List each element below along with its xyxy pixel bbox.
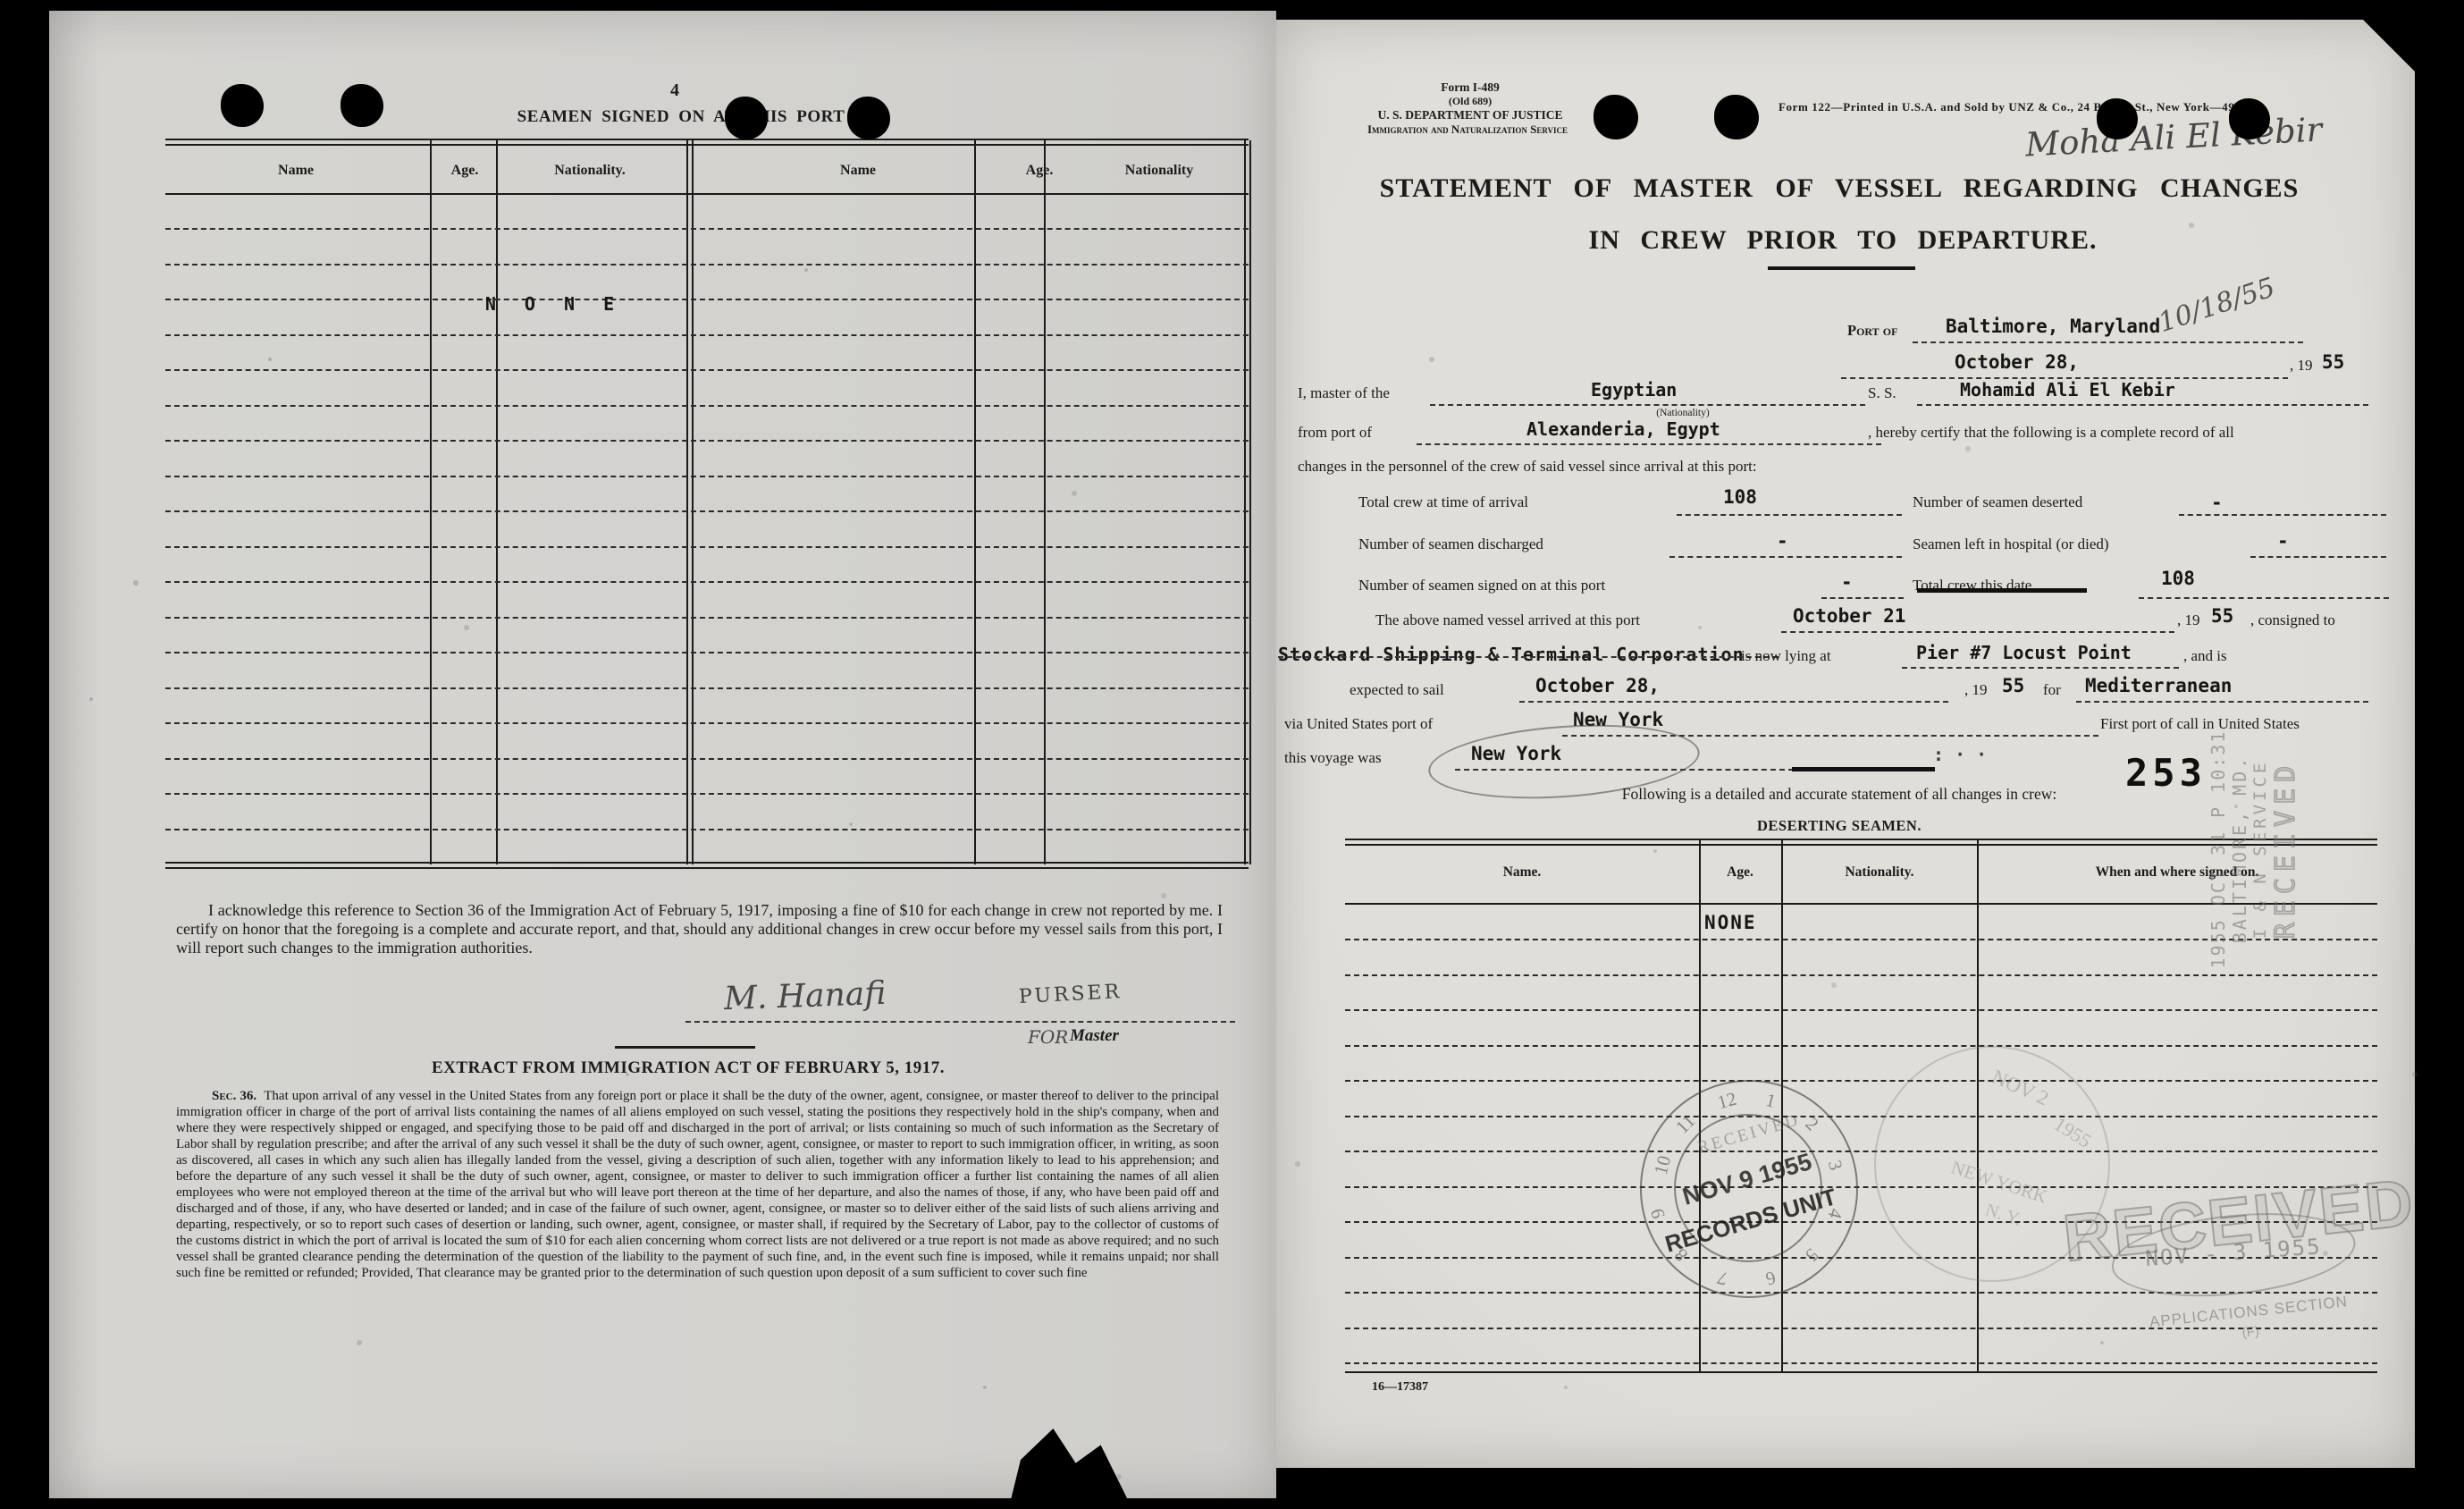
section-divider-rule <box>1792 767 1935 771</box>
stamp-received-word: RECEIVED <box>2270 697 2301 1001</box>
handwritten-date: 10/18/55 <box>2155 272 2279 339</box>
signer-title-handwriting: PURSER <box>1018 981 1122 1008</box>
stat-value: - <box>2277 530 2289 552</box>
department-name: U. S. DEPARTMENT OF JUSTICE <box>1377 108 1562 122</box>
nationality-typed: Egyptian <box>1591 379 1677 400</box>
lying-at-printed: is now lying at <box>1741 647 1831 665</box>
page-number: 4 <box>670 80 679 101</box>
column-header-nationality: Nationality. <box>1845 864 1913 881</box>
master-line-printed: I, master of the <box>1298 384 1390 402</box>
stat-fill-line <box>1677 514 1902 516</box>
from-port-typed: Alexanderia, Egypt <box>1526 418 1720 440</box>
table-top-rule <box>165 139 1249 146</box>
table-bottom-rule <box>165 862 1249 869</box>
table-bottom-rule <box>1345 1371 2377 1373</box>
stat-fill-line <box>1669 556 1902 558</box>
from-port-fill-line <box>1417 443 1881 445</box>
scanned-document: { "left_page": { "page_number": "4", "ti… <box>0 0 2464 1509</box>
table-header-rule <box>165 193 1249 195</box>
punch-hole <box>725 97 768 139</box>
port-fill-line <box>1913 341 2303 343</box>
stat-fill-line <box>2139 597 2389 599</box>
stat-label: Number of seamen discharged <box>1358 535 1543 553</box>
destination-typed: Mediterranean <box>2085 675 2232 696</box>
punch-hole <box>1714 95 1759 139</box>
sail-printed: expected to sail <box>1350 681 1444 699</box>
for-handwriting: FOR <box>1028 1026 1068 1048</box>
stamp-date-line: 1955 OCT 31 P 10:31 <box>2208 697 2229 1001</box>
column-header-nationality: Nationality. <box>554 163 626 179</box>
form-title-line1: STATEMENT OF MASTER OF VESSEL REGARDING … <box>1380 173 2300 204</box>
column-header-age: Age. <box>451 163 479 179</box>
table-entry-none: N O N E <box>485 293 623 315</box>
signature-line <box>685 1021 1235 1023</box>
stat-value: - <box>1777 530 1788 552</box>
acknowledgment-paragraph: I acknowledge this reference to Section … <box>176 901 1223 957</box>
column-header-name: Name <box>840 163 876 179</box>
pier-fill-line <box>1902 667 2179 669</box>
port-value-typed: Baltimore, Maryland <box>1946 316 2160 337</box>
form-number-old: (Old 689) <box>1449 95 1492 108</box>
deserting-seamen-heading: DESERTING SEAMEN. <box>1757 817 1922 835</box>
punctuation-marks: : · · <box>1933 744 1987 765</box>
port-of-label: Port of <box>1847 322 1897 340</box>
title-underline <box>1768 266 1915 270</box>
date-value-typed: October 28, <box>1955 351 2079 373</box>
right-page-sheet: Form I-489 (Old 689) U. S. DEPARTMENT OF… <box>1276 20 2415 1468</box>
form-number: Form I-489 <box>1441 80 1500 95</box>
stat-fill-line <box>2179 514 2386 516</box>
stamp-place: NEW YORK <box>1948 1156 2050 1208</box>
following-statement: Following is a detailed and accurate sta… <box>1622 785 2056 804</box>
stat-label: Number of seamen signed on at this port <box>1358 577 1605 594</box>
vessel-name-typed: Mohamid Ali El Kebir <box>1960 379 2175 400</box>
stamp-253: 253 <box>2125 751 2207 795</box>
typed-year-55: 55 <box>2211 605 2233 627</box>
column-header-age: Age. <box>1026 163 1054 179</box>
stamp-service-line: I & N SERVICE <box>2250 697 2270 1001</box>
extract-section-text: That upon arrival of any vessel in the U… <box>176 1089 1219 1280</box>
master-label: Master <box>1070 1026 1119 1046</box>
stat-label: Total crew at time of arrival <box>1358 493 1528 511</box>
form-footer-number: 16—17387 <box>1372 1380 1428 1395</box>
typed-year-55: 55 <box>2002 675 2024 696</box>
stat-value: 108 <box>2161 568 2195 589</box>
extract-body: Sec. 36. That upon arrival of any vessel… <box>176 1088 1219 1281</box>
received-baltimore-stamp: 1955 OCT 31 P 10:31 BALTIMORE, MD. I & N… <box>2208 697 2333 1001</box>
extract-section-label: Sec. 36. <box>212 1089 256 1103</box>
via-printed: via United States port of <box>1284 715 1433 733</box>
records-unit-stamp: 123456789101112 RECEIVED NOV 9 1955 RECO… <box>1640 1080 1858 1298</box>
extract-heading: EXTRACT FROM IMMIGRATION ACT OF FEBRUARY… <box>432 1058 945 1078</box>
punch-hole <box>341 84 383 127</box>
punch-hole <box>2229 98 2270 139</box>
column-header-age: Age. <box>1727 864 1753 881</box>
punch-hole <box>221 84 264 127</box>
stamp-section-sub: (F) <box>2241 1324 2260 1341</box>
printed-year-19: , 19 <box>1964 681 1988 699</box>
stat-fill-line <box>2250 556 2386 558</box>
printed-year-19: , 19 <box>2290 357 2313 375</box>
punch-hole <box>1594 95 1638 139</box>
column-header-name: Name <box>278 163 314 179</box>
vendor-imprint: Form 122—Printed in U.S.A. and Sold by U… <box>1779 100 2254 114</box>
sail-date-typed: October 28, <box>1535 675 1660 696</box>
certify-line2: changes in the personnel of the crew of … <box>1298 458 1757 476</box>
stamp-date: NOV 2 <box>1989 1066 2052 1111</box>
form-title-line2: IN CREW PRIOR TO DEPARTURE. <box>1589 225 2098 256</box>
stat-label: Seamen left in hospital (or died) <box>1913 535 2109 553</box>
arrival-printed: The above named vessel arrived at this p… <box>1375 611 1640 629</box>
nationality-fill-line <box>1430 404 1865 406</box>
stat-value: 108 <box>1723 486 1757 508</box>
arrival-date-typed: October 21 <box>1793 605 1905 627</box>
stamp-state: N. Y. <box>1982 1200 2023 1230</box>
page-title: SEAMEN SIGNED ON AT THIS PORT <box>517 107 845 127</box>
stamp-place-line: BALTIMORE, MD. <box>2229 697 2250 1001</box>
punch-hole <box>847 97 890 139</box>
stamp-year: 1955 <box>2049 1112 2095 1152</box>
ss-label: S. S. <box>1868 384 1896 402</box>
from-port-printed: from port of <box>1298 424 1372 442</box>
consignee-typed: Stockard Shipping & Terminal Corporation <box>1278 644 1745 665</box>
pier-typed: Pier #7 Locust Point <box>1916 642 2132 663</box>
stat-value: - <box>1841 571 1853 593</box>
master-signature-handwriting: M. Hanafi <box>723 975 887 1017</box>
certify-printed: , hereby certify that the following is a… <box>1868 424 2234 442</box>
applications-section-stamp: RECEIVED NOV - 3 1955 APPLICATIONS SECTI… <box>2072 1152 2415 1369</box>
and-is-printed: , and is <box>2183 647 2227 665</box>
table-entry-none: NONE <box>1704 912 1757 933</box>
service-name: Immigration and Naturalization Service <box>1367 122 1568 137</box>
table-rows <box>165 228 1249 868</box>
punch-hole <box>2097 98 2138 139</box>
stat-value: - <box>2211 492 2223 513</box>
for-printed: for <box>2043 681 2061 699</box>
sail-fill-line <box>1519 701 1948 703</box>
consignee-strike-line <box>1278 656 1779 658</box>
voyage-printed: this voyage was <box>1284 749 1382 767</box>
consigned-printed: , consigned to <box>2250 611 2335 629</box>
left-page-sheet: 4 SEAMEN SIGNED ON AT THIS PORT Name Age… <box>49 11 1276 1498</box>
section-divider-rule <box>615 1046 755 1049</box>
column-header-nationality: Nationality <box>1125 163 1193 179</box>
stat-fill-line <box>1821 597 1904 599</box>
column-header-name: Name. <box>1503 864 1542 881</box>
arrival-fill-line <box>1781 631 2174 633</box>
section-divider-rule <box>1917 588 2087 593</box>
printed-year-19: , 19 <box>2177 611 2200 629</box>
stat-label: Number of seamen deserted <box>1913 493 2082 511</box>
handwritten-vessel-name: Moha Ali El Kebir <box>2024 110 2323 164</box>
vessel-fill-line <box>1917 404 2368 406</box>
nationality-caption: (Nationality) <box>1656 408 1709 418</box>
typed-year-55: 55 <box>2322 351 2344 373</box>
